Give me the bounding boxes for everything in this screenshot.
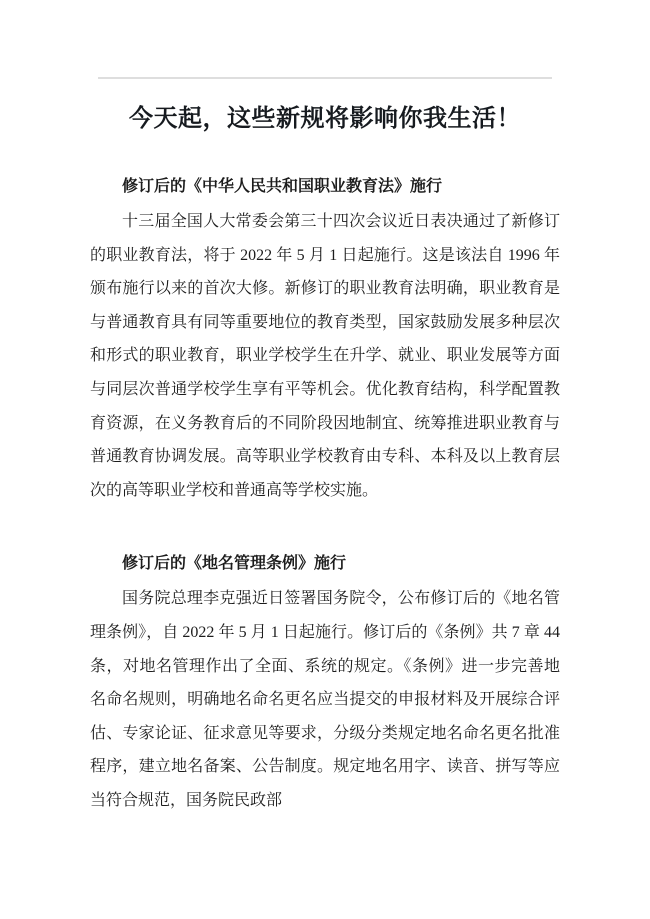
document-page: 今天起，这些新规将影响你我生活！ 修订后的《中华人民共和国职业教育法》施行 十三…	[0, 0, 650, 919]
section-vocational-education-law: 修订后的《中华人民共和国职业教育法》施行 十三届全国人大常委会第三十四次会议近日…	[90, 176, 560, 507]
section-body-place-name-regulations: 国务院总理李克强近日签署国务院令，公布修订后的《地名管理条例》，自 2022 年…	[90, 582, 560, 817]
document-title: 今天起，这些新规将影响你我生活！	[90, 0, 560, 138]
header-separator-line	[98, 77, 552, 79]
section-heading-place-name-regulations: 修订后的《地名管理条例》施行	[90, 553, 560, 574]
section-heading-vocational-education-law: 修订后的《中华人民共和国职业教育法》施行	[90, 176, 560, 197]
section-place-name-regulations: 修订后的《地名管理条例》施行 国务院总理李克强近日签署国务院令，公布修订后的《地…	[90, 553, 560, 817]
section-body-vocational-education-law: 十三届全国人大常委会第三十四次会议近日表决通过了新修订的职业教育法，将于 202…	[90, 205, 560, 507]
